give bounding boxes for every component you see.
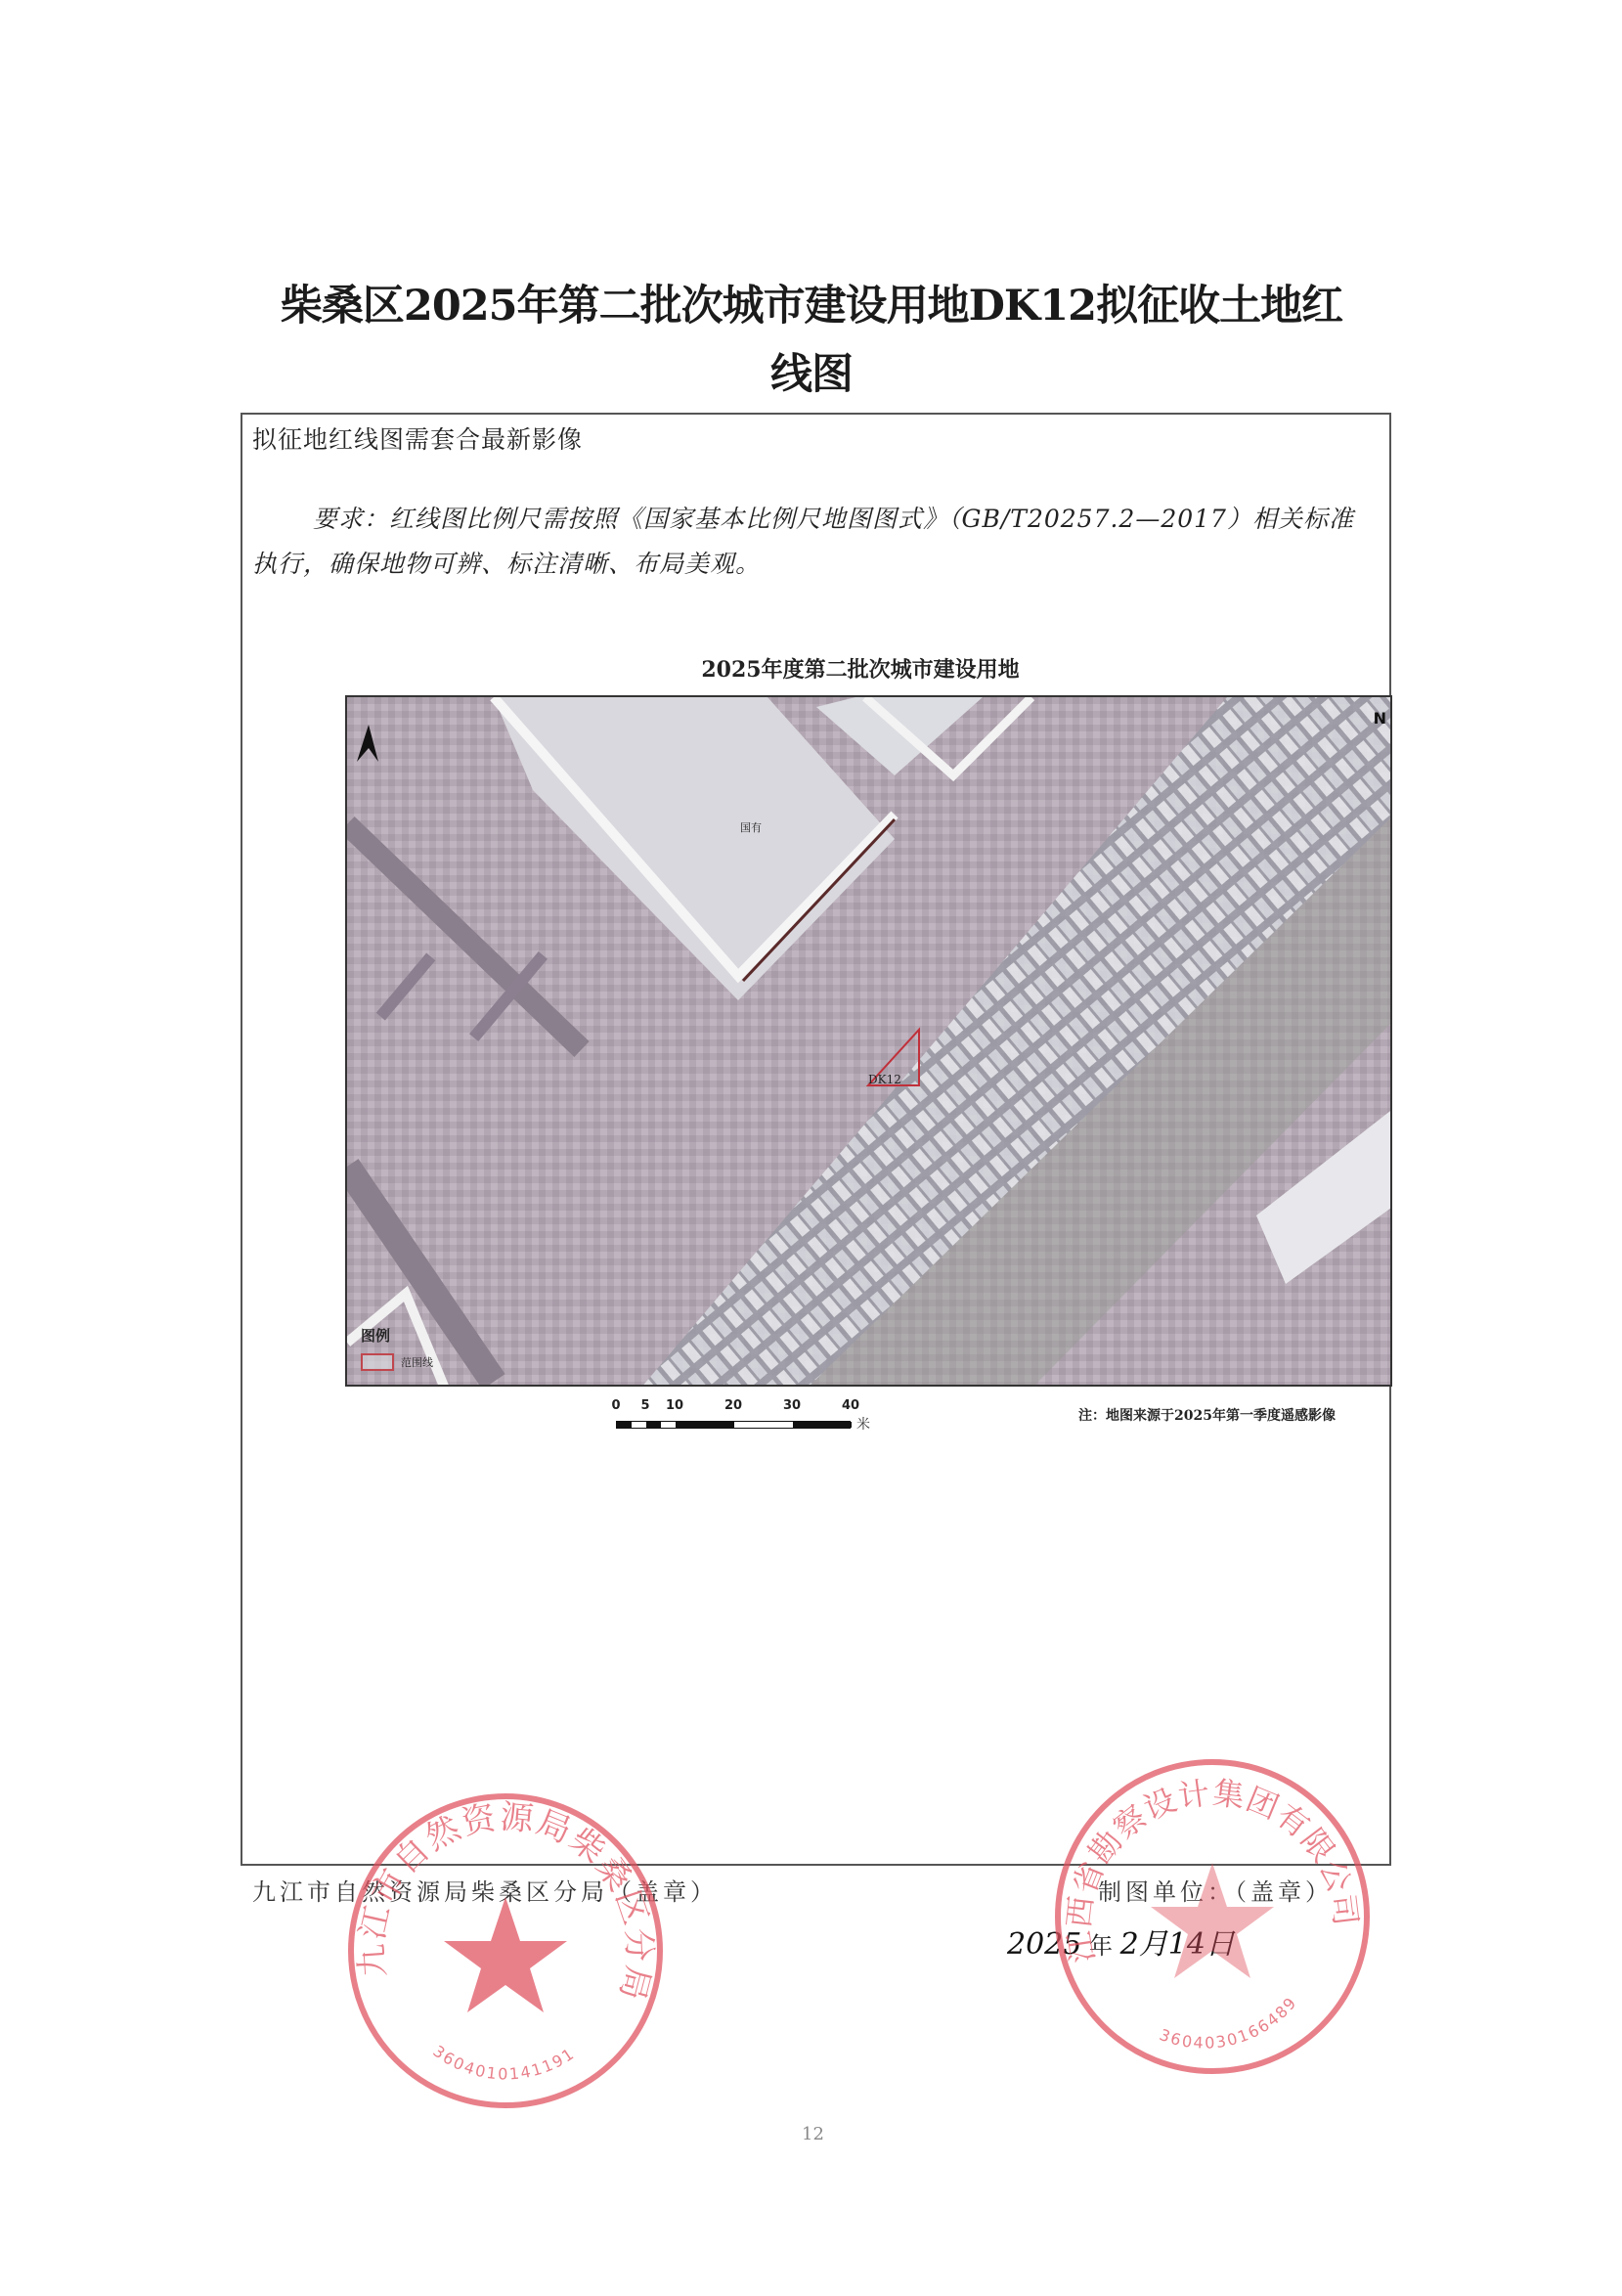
page-number: 12	[802, 2124, 824, 2144]
legend-swatch-boundary	[361, 1353, 394, 1371]
scale-tick-label: 0	[611, 1398, 620, 1413]
scale-unit: 米	[856, 1414, 870, 1434]
legend-title: 图例	[361, 1325, 390, 1346]
scale-tick-label: 20	[724, 1398, 742, 1413]
title-line-2: 线图	[235, 340, 1388, 409]
svg-text:3604010141191: 3604010141191	[429, 2042, 578, 2084]
scale-tick-label: 5	[640, 1398, 649, 1413]
requirement-text: 要求：红线图比例尺需按照《国家基本比例尺地图图式》（GB/T20257.2—20…	[252, 497, 1377, 587]
document-title: 柴桑区2025年第二批次城市建设用地DK12拟征收土地红 线图	[235, 272, 1388, 409]
scale-tick-label: 40	[842, 1398, 859, 1413]
svg-text:3604030166489: 3604030166489	[1157, 1993, 1300, 2053]
map-source-note: 注：地图来源于2025年第一季度遥感影像	[1078, 1405, 1392, 1425]
scale-bar-track	[616, 1421, 851, 1429]
official-seal-left: 九江市自然资源局柴桑区分局 3604010141191	[344, 1789, 667, 2112]
scale-tick-label: 10	[666, 1398, 683, 1413]
north-label: N	[1374, 709, 1386, 728]
title-line-1: 柴桑区2025年第二批次城市建设用地DK12拟征收土地红	[235, 272, 1388, 340]
scale-bar: 0510203040 米	[616, 1400, 890, 1430]
official-seal-right: 江西省勘察设计集团有限公司 3604030166489	[1051, 1755, 1374, 2078]
satellite-imagery	[347, 697, 1392, 1387]
parcel-label: DK12	[868, 1073, 901, 1086]
ownership-label: 国有	[740, 819, 762, 835]
legend-label-boundary: 范围线	[401, 1354, 433, 1370]
instruction-text: 拟征地红线图需套合最新影像	[252, 420, 583, 456]
north-arrow-icon	[347, 697, 380, 766]
scale-tick-label: 30	[783, 1398, 801, 1413]
map-title: 2025年度第二批次城市建设用地	[587, 653, 1134, 684]
satellite-map: 国有 DK12 N 图例 范围线	[345, 695, 1392, 1387]
